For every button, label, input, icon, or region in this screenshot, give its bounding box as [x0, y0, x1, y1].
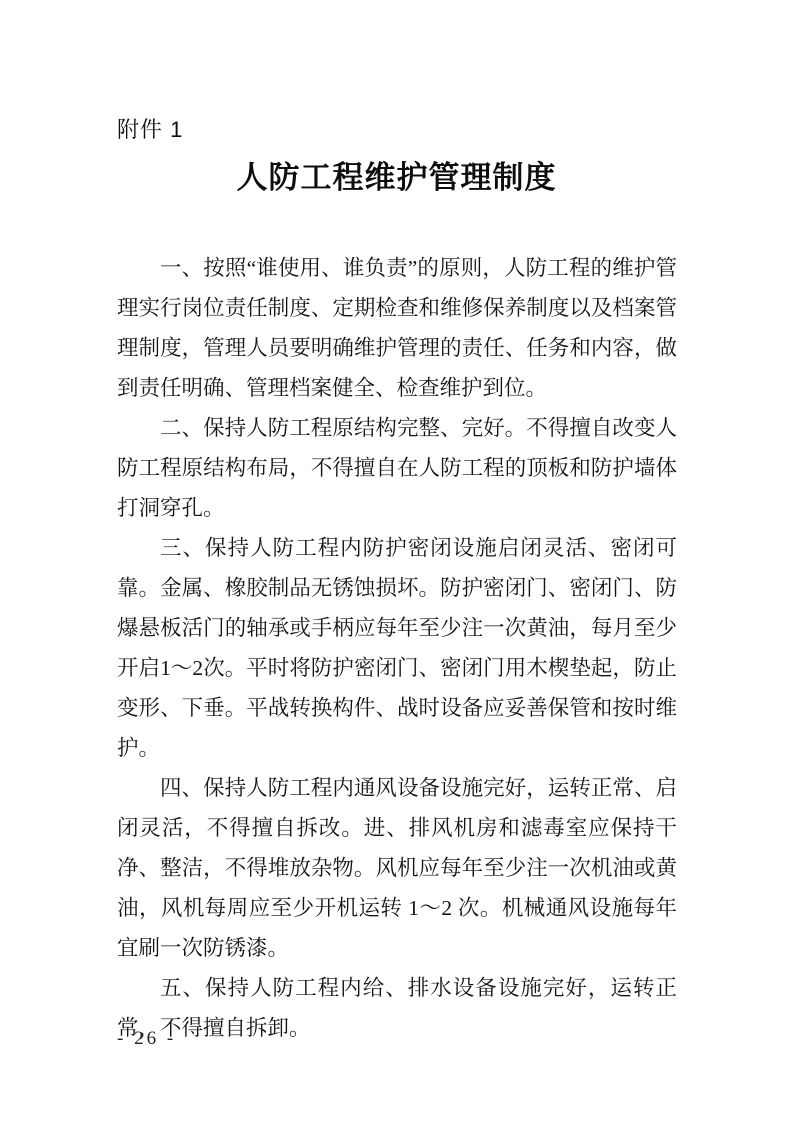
paragraph-1: 一、按照“谁使用、谁负责”的原则，人防工程的维护管理实行岗位责任制度、定期检查和…: [117, 248, 677, 408]
paragraph-5: 五、保持人防工程内给、排水设备设施完好，运转正常，不得擅自拆卸。: [117, 968, 677, 1048]
page-number: - 26 -: [117, 1028, 176, 1050]
document-page: 附件 1 人防工程维护管理制度 一、按照“谁使用、谁负责”的原则，人防工程的维护…: [0, 0, 793, 1122]
document-body: 一、按照“谁使用、谁负责”的原则，人防工程的维护管理实行岗位责任制度、定期检查和…: [117, 248, 677, 1048]
paragraph-3: 三、保持人防工程内防护密闭设施启闭灵活、密闭可靠。金属、橡胶制品无锈蚀损坏。防护…: [117, 528, 677, 768]
paragraph-4: 四、保持人防工程内通风设备设施完好，运转正常、启闭灵活，不得擅自拆改。进、排风机…: [117, 768, 677, 968]
paragraph-2: 二、保持人防工程原结构完整、完好。不得擅自改变人防工程原结构布局，不得擅自在人防…: [117, 408, 677, 528]
attachment-label: 附件 1: [117, 113, 183, 144]
page-title: 人防工程维护管理制度: [0, 152, 793, 197]
